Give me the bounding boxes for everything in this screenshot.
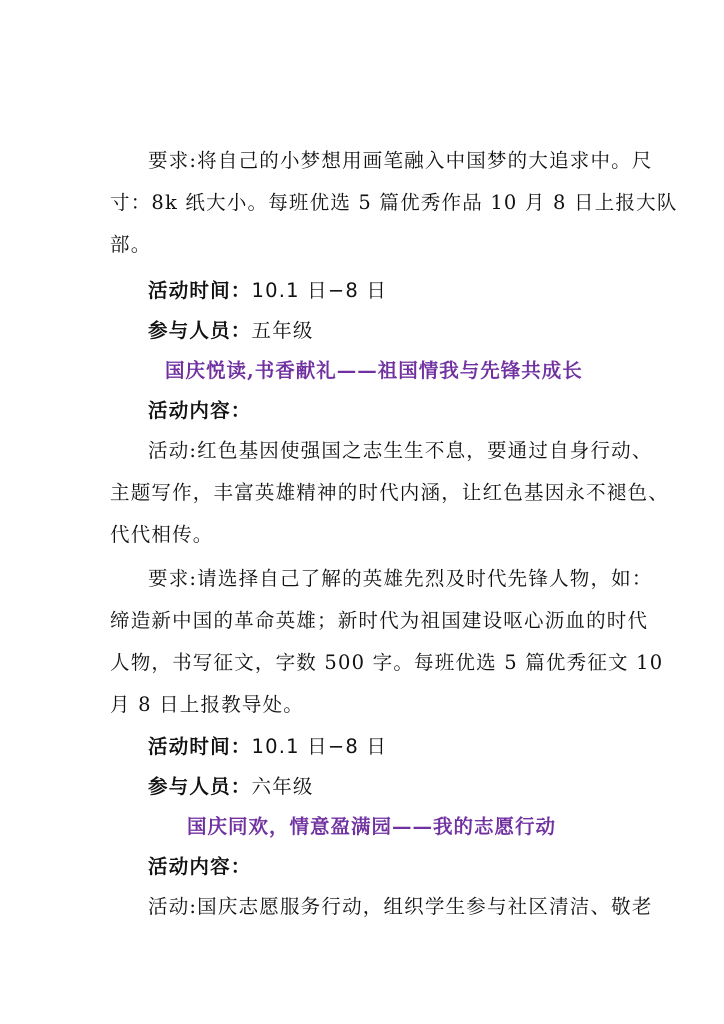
paragraph-line: 活动:国庆志愿服务行动，组织学生参与社区清洁、敬老: [148, 893, 658, 921]
document-page: 要求:将自己的小梦想用画笔融入中国梦的大追求中。尺 寸：8k 纸大小。每班优选 …: [0, 0, 724, 1024]
participants-value: 五年级: [252, 319, 314, 342]
paragraph-line: 月 8 日上报教导处。: [110, 691, 620, 719]
paragraph-line: 寸：8k 纸大小。每班优选 5 篇优秀作品 10 月 8 日上报大队: [110, 189, 620, 217]
paragraph-line: 要求:将自己的小梦想用画笔融入中国梦的大追求中。尺: [148, 147, 658, 175]
participants-value: 六年级: [252, 775, 314, 798]
paragraph-line: 要求:请选择自己了解的英雄先烈及时代先锋人物，如：: [148, 565, 658, 593]
activity-time-row: 活动时间：10.1 日−8 日: [148, 277, 658, 305]
activity-time-row: 活动时间：10.1 日−8 日: [148, 733, 658, 761]
activity-time-value: 10.1 日−8 日: [252, 735, 388, 758]
participants-row: 参与人员：五年级: [148, 317, 658, 345]
paragraph-line: 人物，书写征文，字数 500 字。每班优选 5 篇优秀征文 10: [110, 649, 620, 677]
paragraph-line: 主题写作，丰富英雄精神的时代内涵，让红色基因永不褪色、: [110, 479, 620, 507]
paragraph-line: 代代相传。: [110, 521, 620, 549]
section-heading: 国庆悦读,书香献礼——祖国情我与先锋共成长: [165, 357, 675, 385]
paragraph-line: 部。: [110, 231, 620, 259]
participants-label: 参与人员：: [148, 775, 252, 798]
paragraph-line: 活动:红色基因使强国之志生生不息，要通过自身行动、: [148, 437, 658, 465]
content-label: 活动内容：: [148, 853, 658, 881]
activity-time-label: 活动时间：: [148, 279, 252, 302]
activity-time-label: 活动时间：: [148, 735, 252, 758]
activity-time-value: 10.1 日−8 日: [252, 279, 388, 302]
paragraph-line: 缔造新中国的革命英雄；新时代为祖国建设呕心沥血的时代: [110, 607, 620, 635]
section-heading: 国庆同欢，情意盈满园——我的志愿行动: [187, 813, 697, 841]
participants-row: 参与人员：六年级: [148, 773, 658, 801]
content-label: 活动内容：: [148, 397, 658, 425]
participants-label: 参与人员：: [148, 319, 252, 342]
